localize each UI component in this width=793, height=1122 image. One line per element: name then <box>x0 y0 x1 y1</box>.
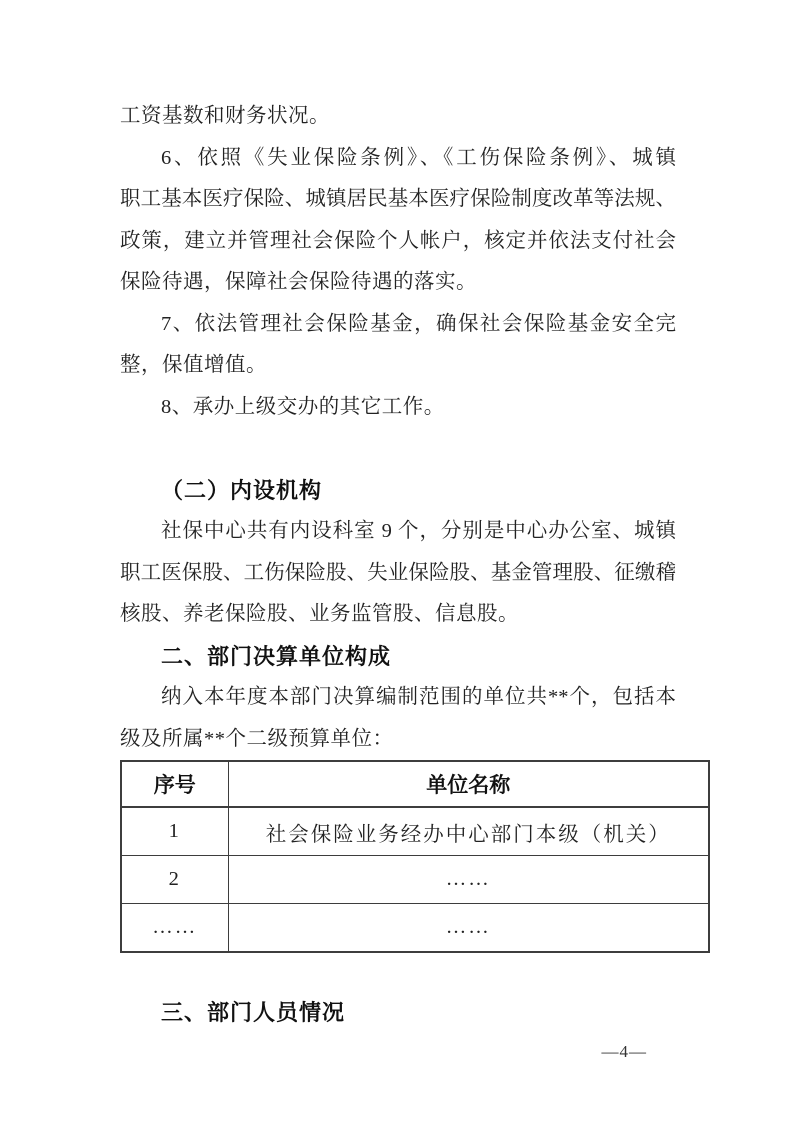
table-row: 2…… <box>121 856 709 904</box>
table-header-cell: 单位名称 <box>228 761 709 807</box>
text-line: 8、承办上级交办的其它工作。 <box>120 387 676 429</box>
text-line: 7、依法管理社会保险基金，确保社会保险基金安全完 <box>120 304 676 346</box>
table-cell: …… <box>228 856 709 904</box>
table-cell: 1 <box>121 807 228 856</box>
text-line: 核股、养老保险股、业务监管股、信息股。 <box>120 594 676 636</box>
text-lines: 工资基数和财务状况。6、依照《失业保险条例》、《工伤保险条例》、城镇职工基本医疗… <box>120 96 676 760</box>
document-content: 工资基数和财务状况。6、依照《失业保险条例》、《工伤保险条例》、城镇职工基本医疗… <box>120 96 676 1034</box>
table-header-row: 序号单位名称 <box>121 761 709 807</box>
text-line: 6、依照《失业保险条例》、《工伤保险条例》、城镇 <box>120 138 676 180</box>
units-table-head: 序号单位名称 <box>121 761 709 807</box>
section-heading-personnel: 三、部门人员情况 <box>120 992 676 1034</box>
table-row: ………… <box>121 904 709 953</box>
blank-line <box>120 428 676 470</box>
table-cell: …… <box>228 904 709 953</box>
table-cell: 2 <box>121 856 228 904</box>
text-line: 整，保值增值。 <box>120 345 676 387</box>
table-row: 1社会保险业务经办中心部门本级（机关） <box>121 807 709 856</box>
text-line: 级及所属**个二级预算单位： <box>120 719 676 761</box>
text-line: 工资基数和财务状况。 <box>120 96 676 138</box>
table-header-cell: 序号 <box>121 761 228 807</box>
page-number: —4— <box>602 1042 648 1062</box>
text-line: 职工基本医疗保险、城镇居民基本医疗保险制度改革等法规、 <box>120 179 676 221</box>
text-line: 职工医保股、工伤保险股、失业保险股、基金管理股、征缴稽 <box>120 553 676 595</box>
text-line: 保险待遇，保障社会保险待遇的落实。 <box>120 262 676 304</box>
units-table: 序号单位名称 1社会保险业务经办中心部门本级（机关）2……………… <box>120 760 710 953</box>
text-line: 政策，建立并管理社会保险个人帐户，核定并依法支付社会 <box>120 221 676 263</box>
table-cell: …… <box>121 904 228 953</box>
section-heading: 二、部门决算单位构成 <box>120 636 676 678</box>
units-table-body: 1社会保险业务经办中心部门本级（机关）2……………… <box>121 807 709 952</box>
section-heading: （二）内设机构 <box>120 470 676 512</box>
document-page: 工资基数和财务状况。6、依照《失业保险条例》、《工伤保险条例》、城镇职工基本医疗… <box>0 0 793 1122</box>
text-line: 社保中心共有内设科室 9 个，分别是中心办公室、城镇 <box>120 511 676 553</box>
text-line: 纳入本年度本部门决算编制范围的单位共**个，包括本 <box>120 677 676 719</box>
table-cell: 社会保险业务经办中心部门本级（机关） <box>228 807 709 856</box>
